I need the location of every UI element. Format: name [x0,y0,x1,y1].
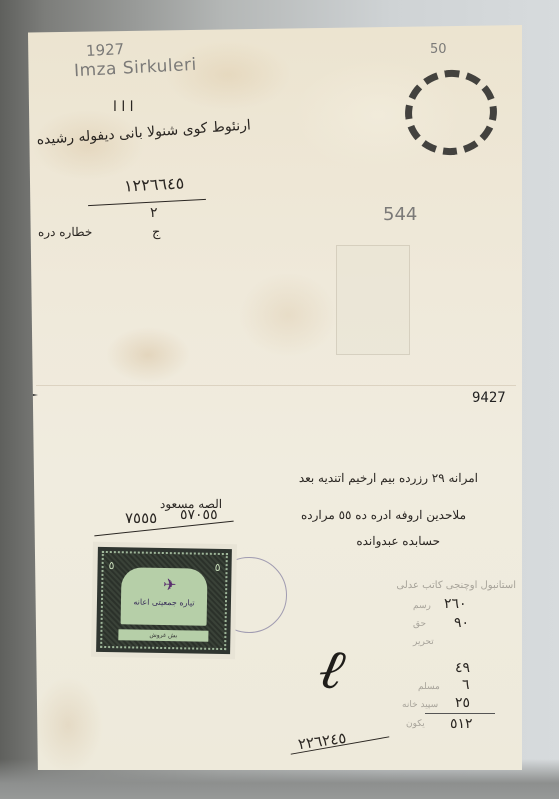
fee-table-title: استانبول اوچنجی کاتب عدلی [404,580,516,591]
revenue-stamp: ٥ ٥ ✈ تیاره جمعیتی اعانه بش غروش [96,547,232,654]
amount-underline [94,521,233,537]
pencil-page-number: 50 [430,42,447,57]
registry-note: ج [152,225,160,240]
paper-fold [36,385,516,386]
registry-underline [88,199,206,206]
fee-label-5: مسلم [418,682,440,692]
fee-value-1: ٢٦٠ [444,596,467,612]
registry-number: ١٢٢٦٦٤٥ [124,173,185,195]
fee-total-value: ٥١٢ [450,716,473,732]
header-marks: ا ا ا [113,99,134,115]
pencil-year: 1927 [86,40,125,60]
body-line-4: حسابده عبدوانده [290,534,440,548]
document-page: 1927 Imza Sirkuleri 50 544 ارنئوط کوی شن… [28,25,522,770]
amount-left: ٧٥٥٥ [125,509,157,527]
signature-number: ٢٢٦٢٤٥ [297,729,347,754]
side-note: خطاره دره [38,225,92,239]
faded-stamp-outline [336,245,410,355]
fee-value-4: ٤٩ [455,660,470,676]
fee-total-rule [425,713,495,714]
stamp-value-left: ٥ [108,559,114,572]
fee-value-5: ٦ [462,677,470,693]
stamp-inscription: تیاره جمعیتی اعانه [127,597,201,607]
fee-label-3: تحریر [413,637,434,647]
ink-seal-stamp [400,64,503,161]
signature: ℓ [313,635,349,703]
fee-value-2: ٩٠ [454,615,469,631]
body-line-3: ملاحدین اروفه ادره ده ٥٥ مرارده [238,508,466,522]
fee-label-6: سپید خانه [402,700,438,710]
edge-notch [28,393,38,397]
fee-label-2: حق [413,619,426,629]
stamp-bottom-band: بش غروش [118,629,208,642]
header-line: ارنئوط کوی شنولا بانی دیفوله رشیده [31,117,252,148]
body-line-1: امرانه ٢٩ رزرده بیم ارخیم اتندیه بعد [218,471,478,485]
fee-label-1: رسم [413,601,431,611]
fee-total-label: یکون [406,719,425,729]
airplane-icon: ✈ [147,576,192,595]
pencil-reference: 544 [383,204,417,225]
fee-value-6: ٢٥ [455,695,470,711]
amount-right: ٥٧٠٥٥ [180,507,218,523]
registry-sub: ٢ [150,205,158,221]
stamp-value-right: ٥ [215,561,221,574]
stamped-number: 9427 [472,390,506,406]
